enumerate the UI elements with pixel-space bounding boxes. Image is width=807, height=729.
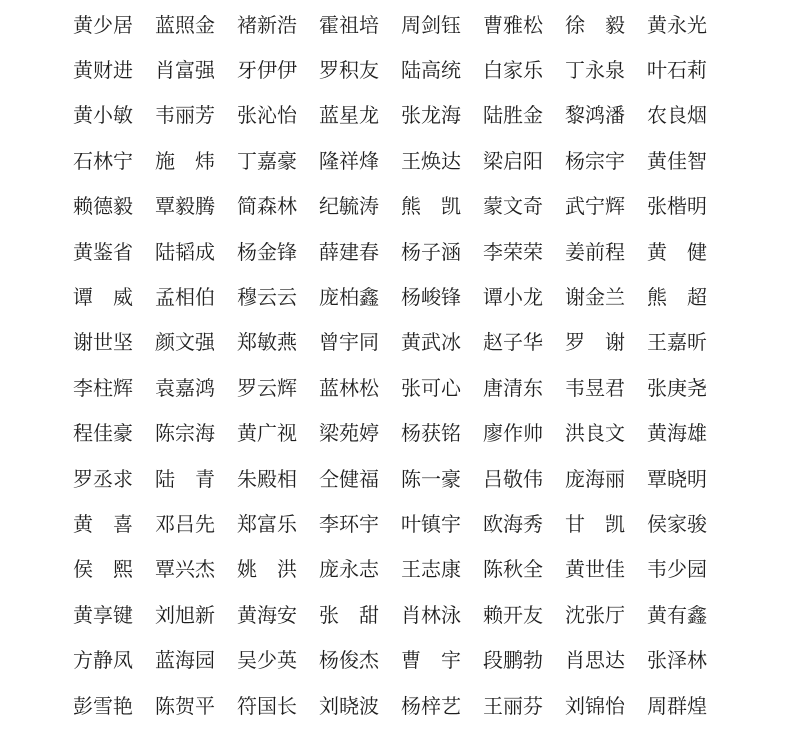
name-cell: 王丽芬 [472,683,554,728]
name-cell: 罗积友 [308,47,390,92]
name-cell: 颜文强 [144,320,226,365]
name-cell: 朱殿相 [226,456,308,501]
name-cell: 郑富乐 [226,501,308,546]
name-cell: 符国长 [226,683,308,728]
name-cell: 杨俊杰 [308,637,390,682]
name-cell: 张可心 [390,365,472,410]
name-cell: 黄鉴省 [62,229,144,274]
name-cell: 农良烟 [636,93,718,138]
name-cell: 王焕达 [390,138,472,183]
name-cell: 赵子华 [472,320,554,365]
name-cell: 邓吕先 [144,501,226,546]
name-cell: 陈宗海 [144,411,226,456]
name-cell: 黄海雄 [636,411,718,456]
name-cell: 张庚尧 [636,365,718,410]
name-cell: 肖富强 [144,47,226,92]
name-cell: 褚新浩 [226,2,308,47]
name-cell: 黄永光 [636,2,718,47]
name-cell: 周群煌 [636,683,718,728]
name-cell: 郑敏燕 [226,320,308,365]
name-cell: 杨获铭 [390,411,472,456]
name-cell: 韦昱君 [554,365,636,410]
name-cell: 肖思达 [554,637,636,682]
name-cell: 李柱辉 [62,365,144,410]
name-cell: 陆胜金 [472,93,554,138]
name-cell: 张沁怡 [226,93,308,138]
name-cell: 蓝林松 [308,365,390,410]
name-cell: 梁启阳 [472,138,554,183]
name-cell: 赖开友 [472,592,554,637]
name-cell: 覃晓明 [636,456,718,501]
name-cell: 吕敬伟 [472,456,554,501]
name-cell: 甘 凯 [554,501,636,546]
name-cell: 叶石莉 [636,47,718,92]
name-cell: 韦少园 [636,547,718,592]
name-cell: 姜前程 [554,229,636,274]
name-cell: 杨金锋 [226,229,308,274]
name-cell: 黄武冰 [390,320,472,365]
name-cell: 王嘉昕 [636,320,718,365]
name-cell: 黄享键 [62,592,144,637]
name-cell: 黄佳智 [636,138,718,183]
name-cell: 熊 超 [636,274,718,319]
name-cell: 张楷明 [636,184,718,229]
name-cell: 陆 青 [144,456,226,501]
name-cell: 黄 喜 [62,501,144,546]
name-cell: 丁嘉豪 [226,138,308,183]
name-cell: 方静凤 [62,637,144,682]
name-cell: 黄海安 [226,592,308,637]
name-cell: 仝健福 [308,456,390,501]
name-cell: 欧海秀 [472,501,554,546]
name-cell: 庞柏鑫 [308,274,390,319]
name-cell: 谢金兰 [554,274,636,319]
name-cell: 黎鸿潘 [554,93,636,138]
name-cell: 段鹏勃 [472,637,554,682]
name-cell: 谢世坚 [62,320,144,365]
name-cell: 曹雅松 [472,2,554,47]
name-cell: 蓝海园 [144,637,226,682]
name-cell: 唐清东 [472,365,554,410]
name-cell: 石林宁 [62,138,144,183]
name-cell: 侯家骏 [636,501,718,546]
name-cell: 韦丽芳 [144,93,226,138]
name-cell: 黄小敏 [62,93,144,138]
name-cell: 程佳豪 [62,411,144,456]
name-cell: 徐 毅 [554,2,636,47]
name-cell: 隆祥烽 [308,138,390,183]
name-cell: 杨峻锋 [390,274,472,319]
name-cell: 穆云云 [226,274,308,319]
name-cell: 谭 威 [62,274,144,319]
name-cell: 沈张厅 [554,592,636,637]
name-cell: 谭小龙 [472,274,554,319]
name-cell: 张泽林 [636,637,718,682]
name-cell: 陈贺平 [144,683,226,728]
name-cell: 侯 熙 [62,547,144,592]
name-cell: 薛建春 [308,229,390,274]
name-cell: 黄有鑫 [636,592,718,637]
name-cell: 陈一豪 [390,456,472,501]
name-cell: 刘晓波 [308,683,390,728]
name-cell: 蒙文奇 [472,184,554,229]
name-cell: 曹 宇 [390,637,472,682]
name-cell: 杨梓艺 [390,683,472,728]
name-cell: 张龙海 [390,93,472,138]
name-cell: 袁嘉鸿 [144,365,226,410]
name-cell: 李荣荣 [472,229,554,274]
name-cell: 庞海丽 [554,456,636,501]
name-cell: 黄 健 [636,229,718,274]
name-cell: 彭雪艳 [62,683,144,728]
name-cell: 张 甜 [308,592,390,637]
name-cell: 丁永泉 [554,47,636,92]
name-cell: 陈秋全 [472,547,554,592]
names-document-page: 黄少居蓝照金褚新浩霍祖培周剑钰曹雅松徐 毅黄永光黄财进肖富强牙伊伊罗积友陆高统白… [0,0,807,729]
name-cell: 叶镇宇 [390,501,472,546]
name-cell: 李环宇 [308,501,390,546]
name-cell: 简森林 [226,184,308,229]
name-cell: 霍祖培 [308,2,390,47]
name-cell: 庞永志 [308,547,390,592]
name-cell: 刘旭新 [144,592,226,637]
name-cell: 孟相伯 [144,274,226,319]
name-cell: 蓝星龙 [308,93,390,138]
name-cell: 陆韬成 [144,229,226,274]
name-cell: 罗 谢 [554,320,636,365]
name-cell: 罗丞求 [62,456,144,501]
name-cell: 肖林泳 [390,592,472,637]
name-cell: 纪毓涛 [308,184,390,229]
name-cell: 刘锦怡 [554,683,636,728]
name-cell: 熊 凯 [390,184,472,229]
name-cell: 覃兴杰 [144,547,226,592]
name-cell: 武宁辉 [554,184,636,229]
name-cell: 杨宗宇 [554,138,636,183]
name-cell: 黄广视 [226,411,308,456]
name-cell: 王志康 [390,547,472,592]
name-cell: 蓝照金 [144,2,226,47]
name-cell: 牙伊伊 [226,47,308,92]
name-cell: 赖德毅 [62,184,144,229]
name-cell: 罗云辉 [226,365,308,410]
name-cell: 曾宇同 [308,320,390,365]
name-cell: 廖作帅 [472,411,554,456]
name-cell: 黄世佳 [554,547,636,592]
name-grid: 黄少居蓝照金褚新浩霍祖培周剑钰曹雅松徐 毅黄永光黄财进肖富强牙伊伊罗积友陆高统白… [62,2,718,728]
name-cell: 洪良文 [554,411,636,456]
name-cell: 黄财进 [62,47,144,92]
name-cell: 杨子涵 [390,229,472,274]
name-cell: 周剑钰 [390,2,472,47]
name-cell: 白家乐 [472,47,554,92]
name-cell: 黄少居 [62,2,144,47]
name-cell: 陆高统 [390,47,472,92]
name-cell: 覃毅腾 [144,184,226,229]
name-cell: 梁苑婷 [308,411,390,456]
name-cell: 施 炜 [144,138,226,183]
name-cell: 吴少英 [226,637,308,682]
name-cell: 姚 洪 [226,547,308,592]
